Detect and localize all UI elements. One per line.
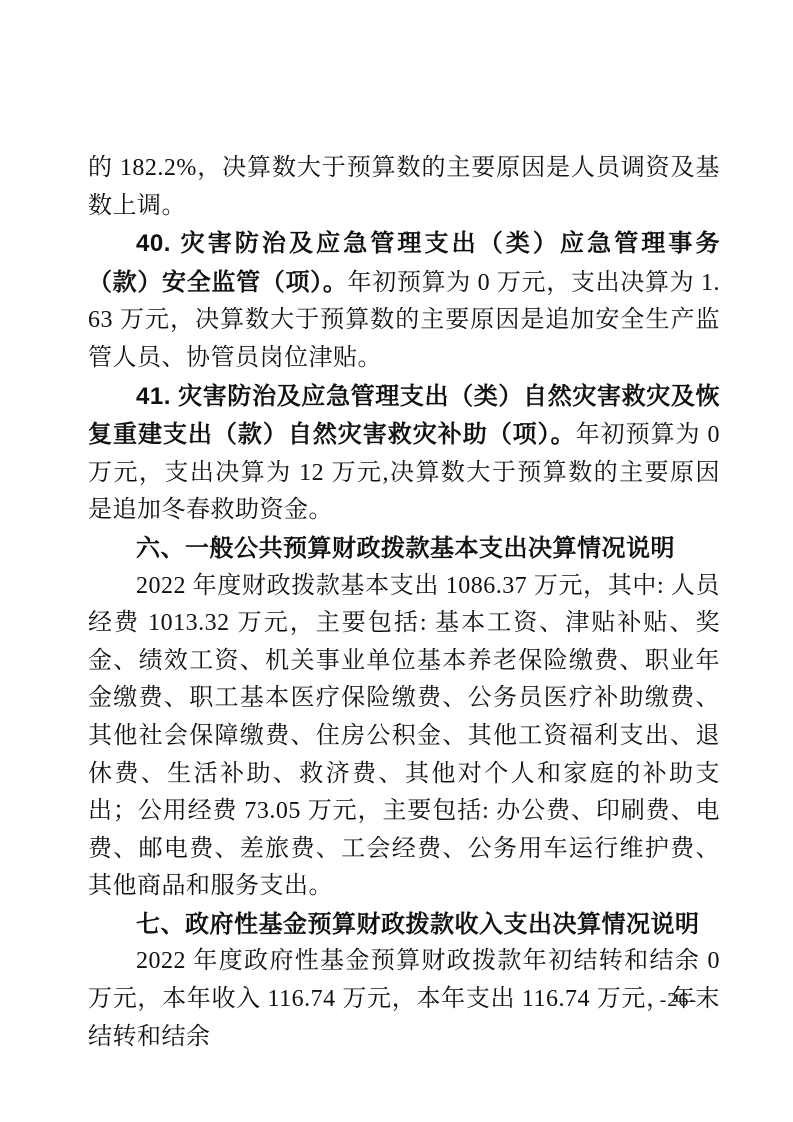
page-number: -26- (660, 988, 697, 1012)
paragraph-item-40: 40. 灾害防治及应急管理支出（类）应急管理事务（款）安全监管（项）。年初预算为… (88, 225, 720, 377)
document-body: 的 182.2%，决算数大于预算数的主要原因是人员调资及基数上调。 40. 灾害… (88, 150, 720, 1056)
section-heading-7: 七、政府性基金预算财政拨款收入支出决算情况说明 (88, 906, 720, 944)
paragraph-continuation: 的 182.2%，决算数大于预算数的主要原因是人员调资及基数上调。 (88, 150, 720, 225)
paragraph-item-41: 41. 灾害防治及应急管理支出（类）自然灾害救灾及恢复重建支出（款）自然灾害救灾… (88, 378, 720, 530)
document-page: 的 182.2%，决算数大于预算数的主要原因是人员调资及基数上调。 40. 灾害… (0, 0, 793, 1122)
paragraph-section-7: 2022 年度政府性基金预算财政拨款年初结转和结余 0 万元，本年收入 116.… (88, 943, 720, 1056)
section-heading-6: 六、一般公共预算财政拨款基本支出决算情况说明 (88, 530, 720, 568)
paragraph-section-6: 2022 年度财政拨款基本支出 1086.37 万元，其中: 人员经费 1013… (88, 568, 720, 906)
